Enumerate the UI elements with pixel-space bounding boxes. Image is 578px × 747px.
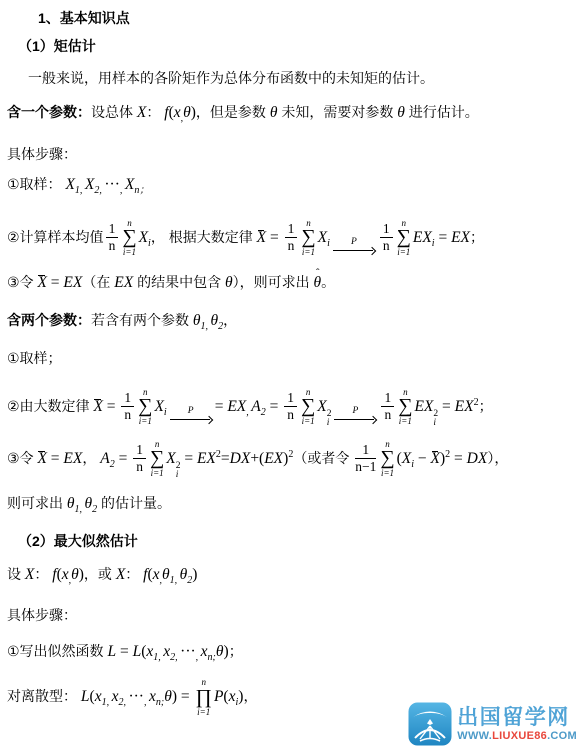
math-run: = bbox=[266, 229, 283, 246]
text-run: ③令 bbox=[7, 450, 37, 466]
converges-in-probability-arrow: P bbox=[334, 407, 376, 425]
para-moment-intro: 一般来说，用样本的各阶矩作为总体分布函数中的未知矩的估计。 bbox=[28, 68, 574, 90]
math-run: X bbox=[85, 176, 94, 193]
text-run: 具体步骤： bbox=[7, 607, 77, 623]
math-subscript: 2, bbox=[118, 697, 128, 708]
math-subscript: 1, bbox=[201, 321, 211, 332]
text-run: ，但是参数 bbox=[196, 104, 270, 120]
bold-text-run: （1）矩估计 bbox=[18, 38, 96, 54]
text-run: 。 bbox=[321, 274, 335, 290]
sum-operator: n∑i=1 bbox=[301, 387, 315, 427]
logo-url-domain: LIUXUE86 bbox=[492, 730, 547, 742]
text-run: 一般来说，用样本的各阶矩作为总体分布函数中的未知矩的估计。 bbox=[28, 70, 434, 86]
logo-site-name: 出国留学网 bbox=[457, 706, 570, 730]
math-subscript: 1, bbox=[102, 697, 112, 708]
para-steps-label-1: 具体步骤： bbox=[7, 144, 574, 166]
subsection-heading-moment: （1）矩估计 bbox=[18, 36, 574, 58]
text-run: ②计算样本均值 bbox=[7, 229, 104, 245]
math-subscript: i bbox=[327, 238, 330, 249]
text-run: ），则可求出 bbox=[233, 274, 314, 290]
math-run: x bbox=[201, 643, 208, 660]
math-subscript: 1, bbox=[75, 185, 85, 196]
logo-site-url: WWW.LIUXUE86.COM bbox=[457, 730, 577, 742]
text-run: ， bbox=[82, 450, 100, 466]
math-run: L bbox=[81, 688, 90, 705]
math-run: X bbox=[166, 450, 175, 467]
text-run: ： bbox=[34, 566, 52, 582]
sample-mean-overline: X bbox=[257, 229, 266, 246]
math-run: x bbox=[95, 688, 102, 705]
math-run: ) = bbox=[172, 688, 194, 705]
graduation-cap-icon bbox=[408, 702, 452, 746]
math-run: EX bbox=[451, 229, 470, 246]
math-run: = bbox=[221, 450, 230, 467]
math-run: = bbox=[47, 274, 64, 291]
product-operator: n∏i=1 bbox=[195, 677, 211, 717]
math-run: θ bbox=[397, 104, 405, 121]
section-heading: 1、基本知识点 bbox=[38, 8, 574, 30]
math-run: θ bbox=[85, 495, 93, 512]
math-subscript: ； bbox=[139, 185, 149, 196]
math-run: X bbox=[317, 398, 326, 415]
math-run: X bbox=[318, 229, 327, 246]
fraction: 1n−1 bbox=[355, 443, 376, 474]
bold-text-run: （2）最大似然估计 bbox=[18, 533, 138, 549]
math-run: θ bbox=[193, 312, 201, 329]
sum-operator: n∑i=1 bbox=[397, 218, 411, 258]
math-run: x bbox=[149, 688, 156, 705]
math-run: θ bbox=[183, 104, 191, 121]
math-run: X bbox=[65, 176, 74, 193]
math-run: EX bbox=[63, 274, 82, 291]
math-run: EX bbox=[197, 450, 216, 467]
math-run: A bbox=[251, 398, 260, 415]
step2-lln: ②由大数定律 X = 1nn∑i=1XiP= EX, A2 = 1nn∑i=1X… bbox=[7, 387, 574, 429]
logo-url-tld: .COM bbox=[547, 730, 577, 742]
fraction: 1n bbox=[121, 391, 134, 422]
step3-solve-two: ③令 X = EX， A2 = 1nn∑i=1X2i = EX2=DX+(EX)… bbox=[7, 439, 574, 481]
math-run: X bbox=[116, 566, 125, 583]
math-subscript: i bbox=[164, 407, 167, 418]
math-subsup: 2i bbox=[327, 410, 332, 429]
math-run: ··· bbox=[104, 176, 120, 193]
math-run: θ bbox=[211, 312, 219, 329]
math-run: EX bbox=[414, 398, 433, 415]
text-run: 则可求出 bbox=[7, 495, 67, 511]
math-run: = bbox=[435, 229, 452, 246]
text-run: ， bbox=[243, 688, 257, 704]
math-run: A bbox=[100, 450, 109, 467]
math-run: X bbox=[139, 229, 148, 246]
text-run: ： bbox=[146, 104, 164, 120]
math-subscript: 1, bbox=[75, 504, 85, 515]
para-steps-label-2: 具体步骤： bbox=[7, 605, 574, 627]
fraction: 1n bbox=[285, 222, 298, 253]
text-run: ， 根据大数定律 bbox=[151, 229, 257, 245]
sample-mean-overline: X bbox=[37, 450, 46, 467]
math-run: L bbox=[107, 643, 116, 660]
converges-in-probability-arrow: P bbox=[170, 407, 212, 425]
text-run: 未知，需要对参数 bbox=[277, 104, 397, 120]
sum-operator: n∑i=1 bbox=[301, 218, 315, 258]
logo-url-www: WWW. bbox=[457, 730, 492, 742]
math-subscript: 1, bbox=[153, 652, 163, 663]
sample-mean-overline: X bbox=[37, 274, 46, 291]
math-run: = bbox=[116, 643, 133, 660]
math-subscript: 2, bbox=[170, 652, 180, 663]
text-run: （或者令 bbox=[293, 450, 353, 466]
para-mle-setup: 设 X： f(x,θ)，或 X： f(x,θ1, θ2) bbox=[7, 564, 574, 588]
liuxue-logo: 出国留学网 WWW.LIUXUE86.COM bbox=[408, 702, 577, 746]
fraction: 1n bbox=[284, 391, 297, 422]
step3-solve-theta: ③令 X = EX（在 EX 的结果中包含 θ），则可求出 θ。 bbox=[7, 272, 574, 294]
math-run: EX bbox=[63, 450, 82, 467]
bold-text-run: 含一个参数： bbox=[7, 104, 91, 120]
math-run: P bbox=[214, 688, 223, 705]
step1-sampling-1: ①取样： X1, X2, ···, Xn； bbox=[7, 174, 574, 198]
text-run: 的估计量。 bbox=[97, 495, 171, 511]
para-one-param: 含一个参数：设总体 X： f(x,θ)，但是参数 θ 未知，需要对参数 θ 进行… bbox=[7, 102, 574, 126]
sample-mean-overline: X bbox=[431, 450, 440, 467]
math-run: − bbox=[414, 450, 431, 467]
text-run: 对离散型： bbox=[7, 688, 81, 704]
math-run: X bbox=[402, 450, 411, 467]
math-run: θ bbox=[162, 566, 170, 583]
sample-mean-overline: X bbox=[93, 398, 102, 415]
sum-operator: n∑i=1 bbox=[138, 387, 152, 427]
bold-text-run: 1、基本知识点 bbox=[38, 10, 130, 26]
step2-sample-mean: ②计算样本均值1nn∑i=1Xi， 根据大数定律 X = 1nn∑i=1XiP1… bbox=[7, 218, 574, 258]
text-run: ③令 bbox=[7, 274, 37, 290]
text-run: ： bbox=[125, 566, 143, 582]
math-run: = bbox=[180, 450, 197, 467]
math-run: DX bbox=[467, 450, 488, 467]
math-run: EX bbox=[114, 274, 133, 291]
subsection-heading-mle: （2）最大似然估计 bbox=[18, 531, 574, 553]
math-run: θ bbox=[67, 495, 75, 512]
converges-in-probability-arrow: P bbox=[333, 238, 375, 256]
text-run: ②由大数定律 bbox=[7, 398, 93, 414]
math-run: = bbox=[47, 450, 64, 467]
text-run: ）， bbox=[487, 450, 508, 466]
math-run: X bbox=[125, 176, 134, 193]
math-run: x bbox=[62, 566, 69, 583]
math-run: ··· bbox=[128, 688, 144, 705]
fraction: 1n bbox=[106, 222, 119, 253]
math-run: x bbox=[153, 566, 160, 583]
math-run: = bbox=[103, 398, 120, 415]
step1-sampling-2: ①取样； bbox=[7, 348, 574, 370]
math-run: +( bbox=[250, 450, 264, 467]
math-run: X bbox=[25, 566, 34, 583]
sum-operator: n∑i=1 bbox=[150, 439, 164, 479]
text-run: ，或 bbox=[84, 566, 116, 582]
sum-operator: n∑i=1 bbox=[122, 218, 136, 258]
math-run: = bbox=[215, 398, 228, 415]
text-run: 具体步骤： bbox=[7, 146, 77, 162]
math-run: = bbox=[438, 398, 455, 415]
text-run: （在 bbox=[82, 274, 114, 290]
para-estimators: 则可求出 θ1, θ2 的估计量。 bbox=[7, 493, 574, 517]
math-run: X bbox=[137, 104, 146, 121]
document-content: 1、基本知识点（1）矩估计一般来说，用样本的各阶矩作为总体分布函数中的未知矩的估… bbox=[0, 0, 578, 717]
theta-hat-estimator: θ bbox=[313, 272, 321, 293]
text-run: 进行估计。 bbox=[405, 104, 479, 120]
math-run: = bbox=[266, 398, 283, 415]
text-run: ①取样： bbox=[7, 176, 65, 192]
math-run: L bbox=[133, 643, 142, 660]
fraction: 1n bbox=[381, 391, 394, 422]
math-run: θ bbox=[225, 274, 233, 291]
math-run: EX bbox=[455, 398, 474, 415]
math-subscript: 2, bbox=[94, 185, 104, 196]
math-run: θ bbox=[71, 566, 79, 583]
math-run: = bbox=[115, 450, 132, 467]
sum-operator: n∑i=1 bbox=[398, 387, 412, 427]
text-run: ， bbox=[223, 312, 237, 328]
text-run: ； bbox=[479, 398, 493, 414]
math-run: EX bbox=[264, 450, 283, 467]
math-run: EX bbox=[413, 229, 432, 246]
math-run: θ bbox=[164, 688, 172, 705]
text-run: ①写出似然函数 bbox=[7, 643, 107, 659]
text-run: ； bbox=[229, 643, 243, 659]
math-run: = bbox=[450, 450, 467, 467]
text-run: 设总体 bbox=[91, 104, 137, 120]
logo-text: 出国留学网 WWW.LIUXUE86.COM bbox=[457, 706, 577, 742]
math-run: X bbox=[154, 398, 163, 415]
para-two-params: 含两个参数：若含有两个参数 θ1, θ2， bbox=[7, 310, 574, 334]
step1-likelihood: ①写出似然函数 L = L(x1, x2, ···, xn;θ)； bbox=[7, 641, 574, 665]
math-run: DX bbox=[230, 450, 251, 467]
text-run: ①取样； bbox=[7, 350, 62, 366]
fraction: 1n bbox=[133, 443, 146, 474]
text-run: 设 bbox=[7, 566, 25, 582]
math-run: θ bbox=[216, 643, 224, 660]
math-run: ··· bbox=[180, 643, 196, 660]
text-run: 若含有两个参数 bbox=[91, 312, 193, 328]
math-subscript: 1, bbox=[170, 575, 180, 586]
bold-text-run: 含两个参数： bbox=[7, 312, 91, 328]
math-run: ) bbox=[192, 566, 197, 583]
fraction: 1n bbox=[380, 222, 393, 253]
text-run: 的结果中包含 bbox=[133, 274, 225, 290]
math-run: EX bbox=[227, 398, 246, 415]
math-run: x bbox=[174, 104, 181, 121]
text-run: ； bbox=[470, 229, 484, 245]
sum-operator: n∑i=1 bbox=[380, 439, 394, 479]
